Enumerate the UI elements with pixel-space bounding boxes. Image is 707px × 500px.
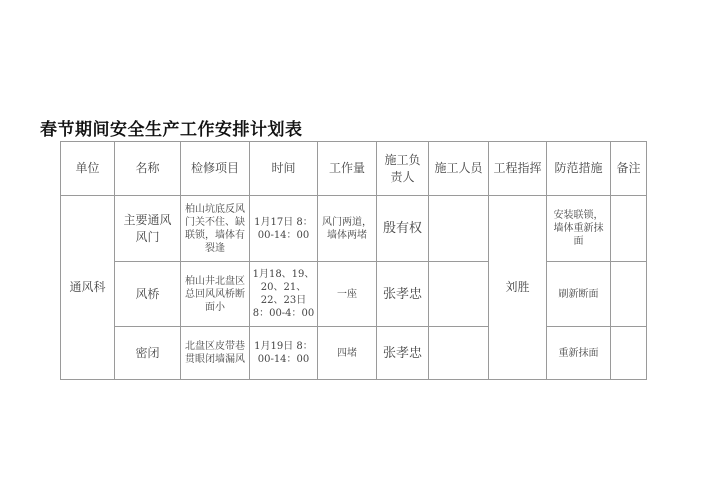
table-row: 通风科 主要通风 风门 柏山坑底反风门关不住、缺联锁，墙体有裂逢 1月17日 8…: [61, 196, 647, 262]
header-responsible: 施工负 责人: [377, 142, 429, 196]
responsible-cell: 张孝忠: [377, 262, 429, 327]
remarks-cell: [611, 196, 647, 262]
repair-item-cell: 柏山井北盘区总回风风桥断面小: [181, 262, 250, 327]
workload-cell: 四堵: [318, 327, 377, 380]
responsible-cell: 张孝忠: [377, 327, 429, 380]
table-row: 密闭 北盘区皮带巷贯眼闭墙漏风 1月19日 8：00-14：00 四堵 张孝忠 …: [61, 327, 647, 380]
time-cell: 1月19日 8：00-14：00: [250, 327, 318, 380]
table-header-row: 单位 名称 检修项目 时间 工作量 施工负 责人 施工人员 工程指挥 防范措施 …: [61, 142, 647, 196]
header-measures: 防范措施: [547, 142, 611, 196]
repair-item-cell: 北盘区皮带巷贯眼闭墙漏风: [181, 327, 250, 380]
header-unit: 单位: [61, 142, 115, 196]
name-line1: 主要通风: [117, 212, 178, 229]
time-cell: 1月17日 8：00-14：00: [250, 196, 318, 262]
header-repair-item: 检修项目: [181, 142, 250, 196]
measures-cell: 刷新断面: [547, 262, 611, 327]
header-responsible-line1: 施工负: [379, 152, 426, 169]
safety-plan-table: 单位 名称 检修项目 时间 工作量 施工负 责人 施工人员 工程指挥 防范措施 …: [60, 141, 647, 380]
responsible-cell: 殷有权: [377, 196, 429, 262]
workers-cell: [429, 196, 489, 262]
repair-item-cell: 柏山坑底反风门关不住、缺联锁，墙体有裂逢: [181, 196, 250, 262]
remarks-cell: [611, 262, 647, 327]
header-time: 时间: [250, 142, 318, 196]
unit-cell: 通风科: [61, 196, 115, 380]
name-cell: 主要通风 风门: [115, 196, 181, 262]
workers-cell: [429, 327, 489, 380]
name-cell: 密闭: [115, 327, 181, 380]
header-workload: 工作量: [318, 142, 377, 196]
name-line2: 风门: [117, 229, 178, 246]
measures-cell: 安装联锁，墙体重新抹面: [547, 196, 611, 262]
document-title: 春节期间安全生产工作安排计划表: [40, 115, 303, 140]
header-responsible-line2: 责人: [379, 169, 426, 186]
table-row: 风桥 柏山井北盘区总回风风桥断面小 1月18、19、20、21、22、23日 8…: [61, 262, 647, 327]
remarks-cell: [611, 327, 647, 380]
commander-cell: 刘胜: [489, 196, 547, 380]
header-commander: 工程指挥: [489, 142, 547, 196]
header-workers: 施工人员: [429, 142, 489, 196]
workers-cell: [429, 262, 489, 327]
measures-cell: 重新抹面: [547, 327, 611, 380]
header-name: 名称: [115, 142, 181, 196]
header-remarks: 备注: [611, 142, 647, 196]
time-cell: 1月18、19、20、21、22、23日 8：00-4：00: [250, 262, 318, 327]
workload-cell: 风门两道，墙体两堵: [318, 196, 377, 262]
name-cell: 风桥: [115, 262, 181, 327]
workload-cell: 一座: [318, 262, 377, 327]
